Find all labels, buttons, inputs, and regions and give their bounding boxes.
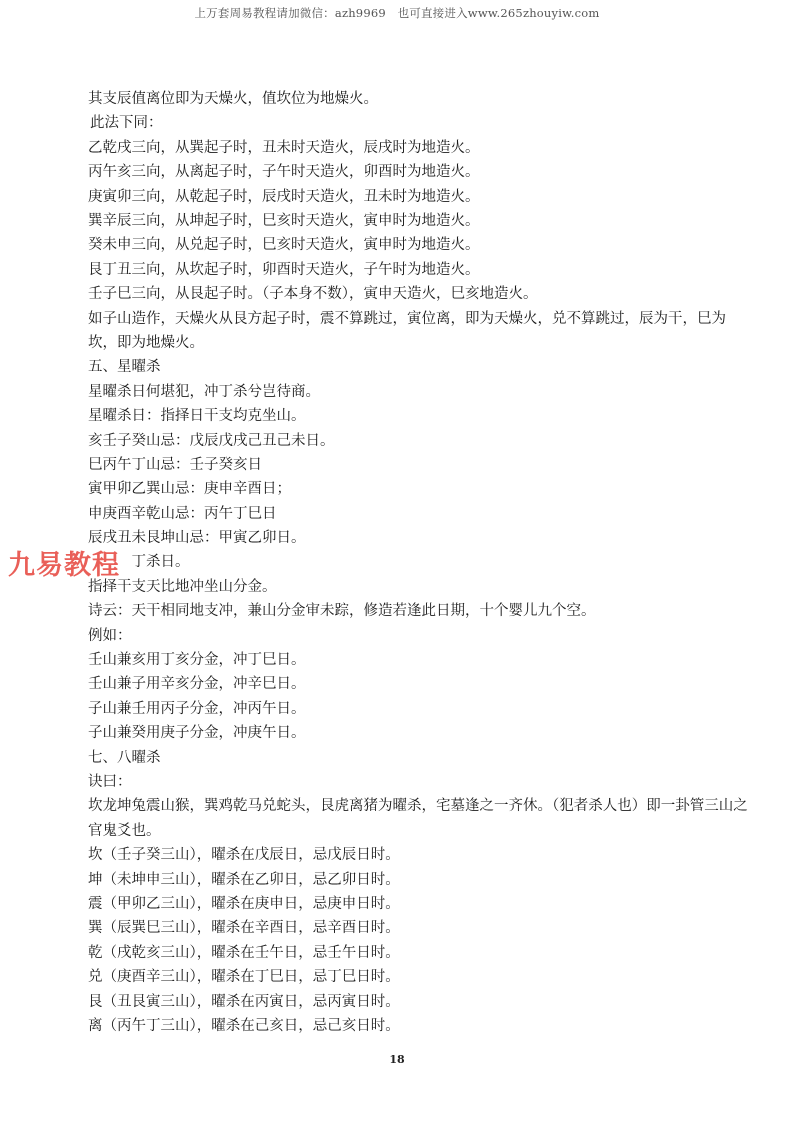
text-line: 乾（戌乾亥三山），曜杀在壬午日，忌壬午日时。 xyxy=(88,941,748,965)
section-heading: 七、八曜杀 xyxy=(88,746,748,770)
text-paragraph: 如子山造作，天燥火从艮方起子时，震不算跳过，寅位离，即为天燥火，兑不算跳过，辰为… xyxy=(88,307,748,356)
text-line: 兑（庚酉辛三山），曜杀在丁巳日，忌丁巳日时。 xyxy=(88,965,748,989)
text-line: 震（甲卯乙三山），曜杀在庚申日，忌庚申日时。 xyxy=(88,892,748,916)
text-line: 癸未申三向，从兑起子时，巳亥时天造火，寅申时为地造火。 xyxy=(88,233,748,257)
text-line: 坤（未坤申三山），曜杀在乙卯日，忌乙卯日时。 xyxy=(88,868,748,892)
text-line: 丁杀日。 xyxy=(88,550,748,574)
page-header-banner: 上万套周易教程请加微信：azh9969 也可直接进入www.265zhouyiw… xyxy=(0,5,794,21)
text-line: 子山兼壬用丙子分金，冲丙午日。 xyxy=(88,697,748,721)
watermark-logo: 九易教程 xyxy=(8,543,120,582)
text-line: 壬山兼子用辛亥分金，冲辛巳日。 xyxy=(88,672,748,696)
text-line: 丙午亥三向，从离起子时，子午时天造火，卯酉时为地造火。 xyxy=(88,160,748,184)
text-line: 申庚酉辛乾山忌：丙午丁巳日 xyxy=(88,502,748,526)
document-body: 其支辰值离位即为天燥火，值坎位为地燥火。 此法下同： 乙乾戌三向，从巽起子时，丑… xyxy=(88,87,748,1038)
text-line: 壬山兼亥用丁亥分金，冲丁巳日。 xyxy=(88,648,748,672)
text-line: 巽（辰巽巳三山），曜杀在辛酉日，忌辛酉日时。 xyxy=(88,916,748,940)
page-number: 18 xyxy=(0,1053,794,1066)
text-line: 诀曰： xyxy=(88,770,748,794)
text-line: 诗云：天干相同地支冲，兼山分金审未踪，修造若逢此日期，十个婴儿九个空。 xyxy=(88,599,748,623)
text-line: 例如： xyxy=(88,624,748,648)
text-line: 此法下同： xyxy=(88,111,748,135)
text-paragraph: 坎龙坤兔震山猴，巽鸡乾马兑蛇头，艮虎离猪为曜杀，宅墓逢之一齐休。（犯者杀人也）即… xyxy=(88,794,748,843)
text-line: 星曜杀日：指择日干支均克坐山。 xyxy=(88,404,748,428)
text-line: 其支辰值离位即为天燥火，值坎位为地燥火。 xyxy=(88,87,748,111)
text-line: 辰戌丑未艮坤山忌：甲寅乙卯日。 xyxy=(88,526,748,550)
text-line: 艮丁丑三向，从坎起子时，卯酉时天造火，子午时为地造火。 xyxy=(88,258,748,282)
text-line: 乙乾戌三向，从巽起子时，丑未时天造火，辰戌时为地造火。 xyxy=(88,136,748,160)
text-line: 寅甲卯乙巽山忌：庚申辛酉日； xyxy=(88,477,748,501)
text-line: 指择干支天比地冲坐山分金。 xyxy=(88,575,748,599)
text-line: 庚寅卯三向，从乾起子时，辰戌时天造火，丑未时为地造火。 xyxy=(88,185,748,209)
text-line: 子山兼癸用庚子分金，冲庚午日。 xyxy=(88,721,748,745)
text-line: 坎（壬子癸三山），曜杀在戊辰日，忌戊辰日时。 xyxy=(88,843,748,867)
text-line: 艮（丑艮寅三山），曜杀在丙寅日，忌丙寅日时。 xyxy=(88,990,748,1014)
text-line: 巳丙午丁山忌：壬子癸亥日 xyxy=(88,453,748,477)
text-line: 壬子巳三向，从艮起子时。（子本身不数），寅申天造火，巳亥地造火。 xyxy=(88,282,748,306)
text-line: 巽辛辰三向，从坤起子时，巳亥时天造火，寅申时为地造火。 xyxy=(88,209,748,233)
text-line: 亥壬子癸山忌：戊辰戊戌己丑己未日。 xyxy=(88,429,748,453)
section-heading: 五、星曜杀 xyxy=(88,355,748,379)
text-line: 离（丙午丁三山），曜杀在己亥日，忌己亥日时。 xyxy=(88,1014,748,1038)
text-line: 星曜杀日何堪犯，冲丁杀兮岂待商。 xyxy=(88,380,748,404)
